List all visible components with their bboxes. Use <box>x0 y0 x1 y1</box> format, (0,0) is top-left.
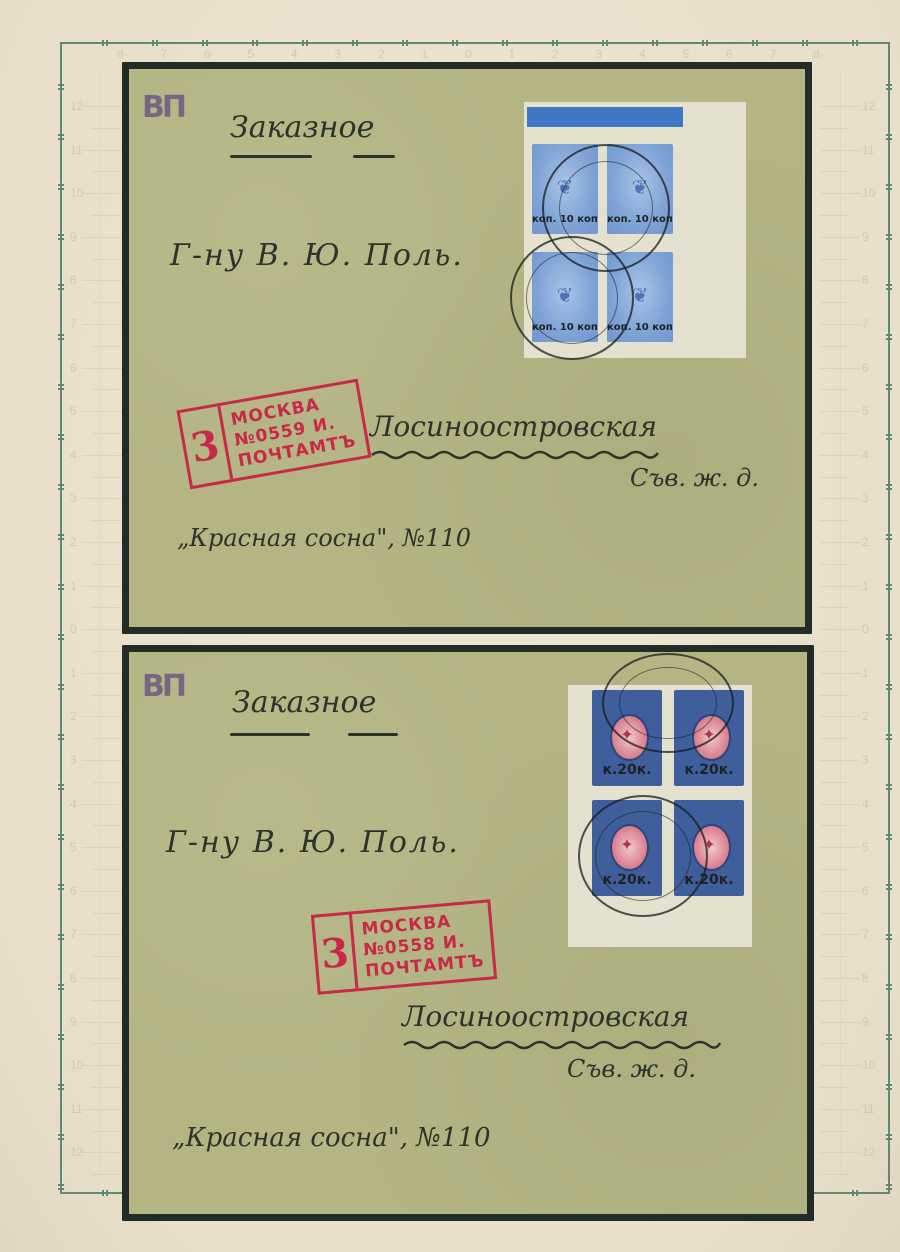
ruler-label: 2 <box>862 535 869 549</box>
street-name: Лосиноостровская <box>402 1000 689 1033</box>
ruler-label: 5 <box>862 840 869 854</box>
ruler-label: 3 <box>596 47 603 61</box>
ruler-label: 1 <box>862 666 869 680</box>
ruler-label: 6 <box>862 884 869 898</box>
ruler-label: 2 <box>862 709 869 723</box>
ruler-label: 1 <box>509 47 516 61</box>
cover-2: ВП Заказное Г-ну В. Ю. Поль. ✦ к.20к. ✦ … <box>122 645 814 1221</box>
ruler-label: 1 <box>70 666 77 680</box>
address-line: „Красная сосна", №110 <box>177 524 471 552</box>
ruler-label: 7 <box>862 927 869 941</box>
album-page: 87654321012345678 1211109876543210123456… <box>0 0 900 1252</box>
ruler-label: 6 <box>726 47 733 61</box>
ruler-label: 9 <box>70 1015 77 1029</box>
ruler-label: 12 <box>70 1145 83 1159</box>
wavy-underline <box>370 447 660 461</box>
margin-color-bar <box>527 107 683 127</box>
registration-stamp: 3 МОСКВА №0558 И. ПОЧТАМТЪ <box>311 899 497 994</box>
ruler-label: 7 <box>70 927 77 941</box>
ruler-label: 7 <box>770 47 777 61</box>
ruler-label: 11 <box>862 1102 874 1116</box>
railway-line: Съв. ж. д. <box>567 1055 696 1083</box>
ruler-label: 5 <box>70 404 77 418</box>
ruler-label: 3 <box>335 47 342 61</box>
ruler-label: 4 <box>291 47 298 61</box>
underline <box>348 733 398 736</box>
ruler-label: 9 <box>862 1015 869 1029</box>
ruler-label: 12 <box>862 99 875 113</box>
postmark-cancel <box>510 236 634 360</box>
ruler-label: 10 <box>70 186 83 200</box>
ruler-label: 5 <box>683 47 690 61</box>
ruler-label: 4 <box>70 448 77 462</box>
ruler-label: 2 <box>552 47 559 61</box>
vp-handstamp: ВП <box>142 90 184 125</box>
ruler-label: 12 <box>70 99 83 113</box>
cover-1: ВП Заказное Г-ну В. Ю. Поль. ❦ коп. 10 к… <box>122 62 812 634</box>
addressee: Г-ну В. Ю. Поль. <box>166 825 460 860</box>
ruler-label: 8 <box>813 47 820 61</box>
underline <box>230 733 310 736</box>
ruler-label: 3 <box>862 753 869 767</box>
address-line: „Красная сосна", №110 <box>172 1123 491 1153</box>
street-name: Лосиноостровская <box>370 410 657 443</box>
ruler-label: 3 <box>70 753 77 767</box>
ruler-label: 12 <box>862 1145 875 1159</box>
ruler-label: 11 <box>70 1102 82 1116</box>
ruler-label: 6 <box>862 361 869 375</box>
wavy-underline <box>402 1037 722 1051</box>
vp-handstamp: ВП <box>142 669 184 704</box>
ruler-label: 2 <box>70 709 77 723</box>
underline <box>230 155 312 158</box>
ruler-label: 8 <box>70 273 77 287</box>
ruler-label: 9 <box>70 230 77 244</box>
ruler-label: 11 <box>70 143 82 157</box>
ruler-label: 3 <box>862 491 869 505</box>
ruler-label: 2 <box>70 535 77 549</box>
ruler-label: 10 <box>862 186 875 200</box>
ruler-label: 7 <box>161 47 168 61</box>
ruler-label: 6 <box>70 884 77 898</box>
ruler-label: 1 <box>422 47 429 61</box>
underline <box>353 155 395 158</box>
ruler-label: 7 <box>70 317 77 331</box>
ruler-label: 4 <box>70 797 77 811</box>
ruler-label: 11 <box>862 143 874 157</box>
ruler-label: 4 <box>862 797 869 811</box>
ruler-label: 8 <box>862 971 869 985</box>
ruler-label: 6 <box>204 47 211 61</box>
ruler-label: 10 <box>862 1058 875 1072</box>
ruler-label: 8 <box>862 273 869 287</box>
ruler-label: 0 <box>465 47 472 61</box>
ruler-label: 4 <box>862 448 869 462</box>
ruler-label: 5 <box>70 840 77 854</box>
ruler-label: 1 <box>862 579 869 593</box>
ruler-label: 9 <box>862 230 869 244</box>
ruler-label: 5 <box>862 404 869 418</box>
ruler-label: 8 <box>70 971 77 985</box>
addressee: Г-ну В. Ю. Поль. <box>170 238 464 273</box>
railway-line: Съв. ж. д. <box>630 464 759 492</box>
postmark-cancel <box>578 795 708 917</box>
ruler-label: 7 <box>862 317 869 331</box>
ruler-label: 0 <box>70 622 77 636</box>
ruler-label: 5 <box>248 47 255 61</box>
registered-label: Заказное <box>232 685 376 720</box>
ruler-label: 0 <box>862 622 869 636</box>
ruler-label: 1 <box>70 579 77 593</box>
ruler-label: 3 <box>70 491 77 505</box>
registered-label: Заказное <box>230 110 374 145</box>
ruler-label: 10 <box>70 1058 83 1072</box>
ruler-label: 2 <box>378 47 385 61</box>
ruler-label: 4 <box>639 47 646 61</box>
ruler-label: 8 <box>117 47 124 61</box>
ruler-label: 6 <box>70 361 77 375</box>
